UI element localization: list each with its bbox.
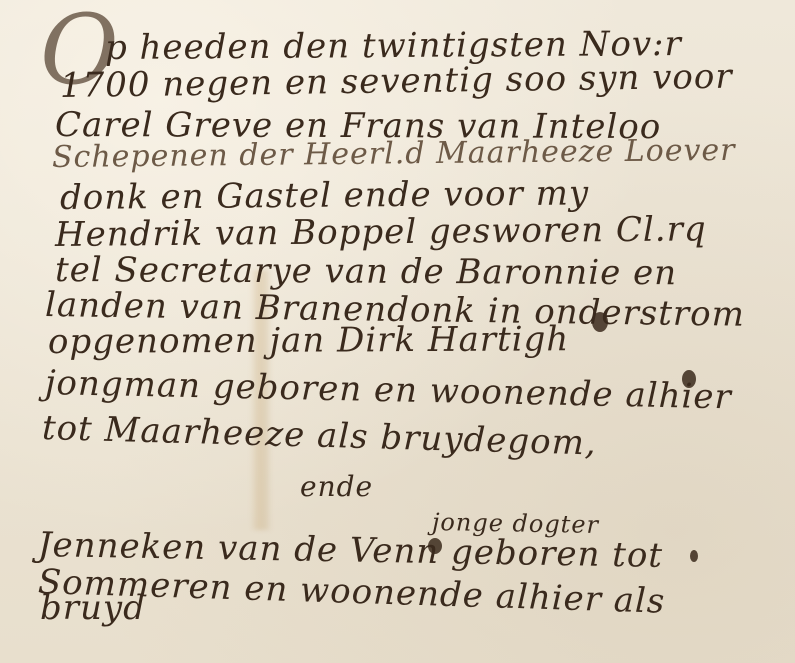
manuscript-line-6: Hendrik van Boppel gesworen Cl.rq xyxy=(55,209,707,255)
manuscript-line-10: jongman geboren en woonende alhier xyxy=(45,363,733,417)
manuscript-line-4: Schepenen der Heerl.d Maarheeze Loever xyxy=(52,133,736,175)
manuscript-line-12: ende xyxy=(300,470,373,503)
manuscript-page: O p heeden den twintigsten Nov:r 1700 ne… xyxy=(0,0,795,663)
manuscript-line-16: bruyd xyxy=(40,588,146,628)
manuscript-line-11: tot Maarheeze als bruydegom, xyxy=(41,408,597,463)
ink-blot xyxy=(690,550,698,562)
manuscript-line-2: 1700 negen en seventig soo syn voor xyxy=(60,57,733,106)
manuscript-line-9: opgenomen jan Dirk Hartigh xyxy=(48,319,569,362)
